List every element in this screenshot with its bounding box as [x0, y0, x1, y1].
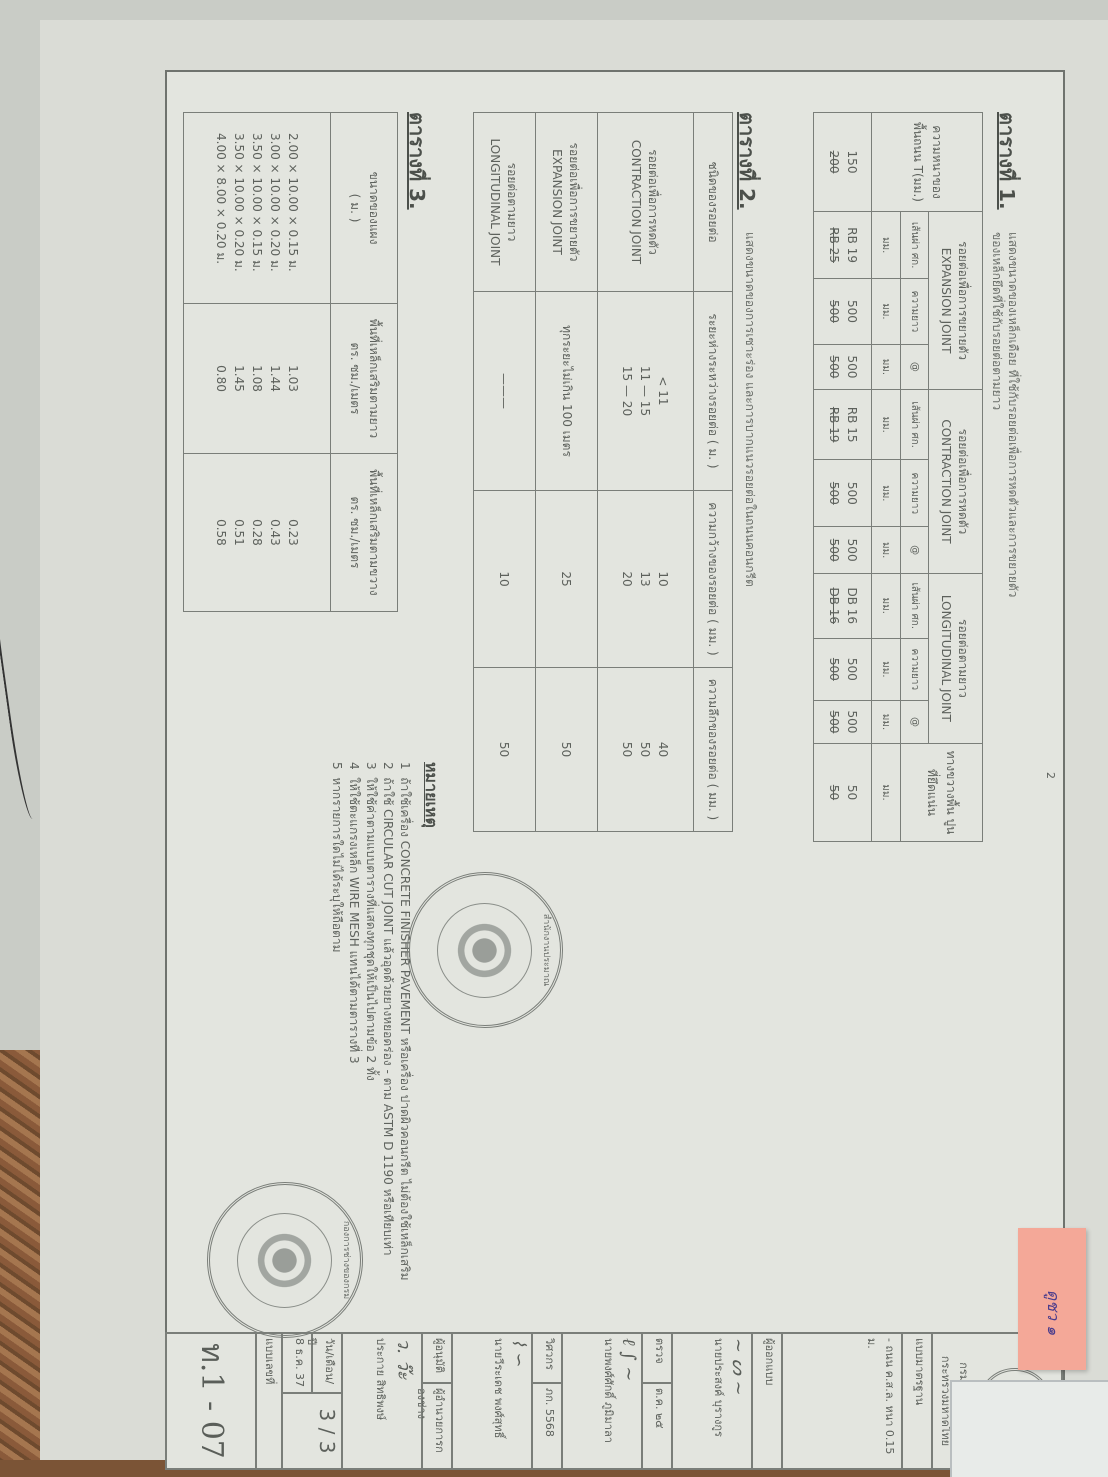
- table2: ชนิดของรอยต่อ ระยะห่างระหว่างรอยต่อ ( ม.…: [473, 112, 733, 832]
- table1-header-thickness: ความหนาของ พื้นถนน T(มม.): [872, 113, 983, 212]
- overlapping-paper: [950, 1380, 1108, 1477]
- sticky-note-text: ดูชว ๑: [1040, 1290, 1065, 1335]
- approver-name: ประกาย สิทธิพงษ์: [372, 1338, 390, 1464]
- table3-title: ตารางที่ 3.: [401, 112, 433, 210]
- table2-row: รอยต่อเพื่อการขยายตัวEXPANSION JOINT ทุก…: [535, 113, 597, 832]
- table2-title: ตารางที่ 2.: [731, 112, 763, 210]
- page-number: 2: [1044, 772, 1057, 779]
- note-item: 3 ให้ใช้ค่าตามแบบตารางที่แสดงทุกชุดให้เป…: [362, 762, 379, 1322]
- engineering-drawing: 2 ตารางที่ 1. แสดงขนาดของเหล็กเดือย ที่ใ…: [165, 70, 1065, 1470]
- chief-signature: ⌇ ∽: [508, 1338, 529, 1464]
- drawing-title: - ถนน ค.ส.ล. หนา 0.15 ม.: [782, 1333, 902, 1469]
- drawing-date: 8 ธ.ค. 37: [282, 1333, 312, 1393]
- chief-name: นายวีระเดช พงศ์สุทธิ์: [490, 1338, 508, 1464]
- table1-title: ตารางที่ 1.: [991, 112, 1023, 210]
- table1-header-longitudinal: รอยต่อตามยาว LONGITUDINAL JOINT: [929, 573, 983, 743]
- designer-signature: ~ ᔕ ~: [728, 1338, 749, 1464]
- drawing-number: ท.1 - 07: [166, 1333, 256, 1469]
- table2-row: รอยต่อเพื่อการหดตัวCONTRACTION JOINT < 1…: [597, 113, 693, 832]
- table1-header-contraction: รอยต่อเพื่อการหดตัว CONTRACTION JOINT: [929, 390, 983, 574]
- table2-description: แสดงขนาดของการเซาะร่อง และการบากแนวรอยต่…: [742, 232, 758, 587]
- table2-row: รอยต่อตามยาวLONGITUDINAL JOINT ——— 10 50: [474, 113, 536, 832]
- designer-name: นายประสงค์ บุรางกูร: [710, 1338, 728, 1464]
- table1-description: แสดงขนาดของเหล็กเดือย ที่ใช้กับรอยต่อเพื…: [989, 232, 1021, 597]
- approver-signature: ว. ว๊ะ: [390, 1338, 419, 1464]
- table1-header-cover: ทางขวางพื้น ปูนที่ยึดแน่น: [900, 743, 982, 841]
- table1: ความหนาของ พื้นถนน T(มม.) รอยต่อเพื่อการ…: [813, 112, 983, 842]
- title-block: กรมการปกครอง กระทรวงมหาดไทย แบบมาตรฐาน -…: [165, 1332, 1063, 1470]
- engineer-license: ภก. 5568: [532, 1383, 562, 1469]
- official-seal-middle: สำนักงานประมาณ: [407, 872, 563, 1028]
- table3: ขนาดของแผง( ม. ) พื้นที่เหล็กเสริมตามยาว…: [183, 112, 398, 612]
- garuda-emblem-icon: [438, 903, 533, 998]
- garuda-emblem-icon: [238, 1213, 333, 1308]
- engineer-signature: ℓ ∫ ∼: [618, 1338, 639, 1464]
- table3-row: 2.00 × 10.00 × 0.15 ม.3.00 × 10.00 × 0.2…: [184, 113, 331, 612]
- table1-row: 150 200 RB 19RB 25 500500 500500 RB 15RB…: [814, 113, 872, 842]
- table1-header-expansion: รอยต่อเพื่อการขยายตัว EXPANSION JOINT: [929, 212, 983, 390]
- note-item: 2 ถ้าใช้ CIRCULAR CUT JOINT แล้วอุดด้วยย…: [379, 762, 396, 1322]
- sheet-number: 3 / 3: [282, 1393, 342, 1469]
- engineer-name: นายพงศ์ศักดิ์ ภูมิมาลา: [600, 1338, 618, 1464]
- note-item: 1 ถ้าใช้เครื่อง CONCRETE FINISHER PAVEME…: [396, 762, 413, 1322]
- notes-title: หมายเหตุ: [418, 762, 443, 828]
- official-seal-bottom: กองการช่างของกรม: [207, 1182, 363, 1338]
